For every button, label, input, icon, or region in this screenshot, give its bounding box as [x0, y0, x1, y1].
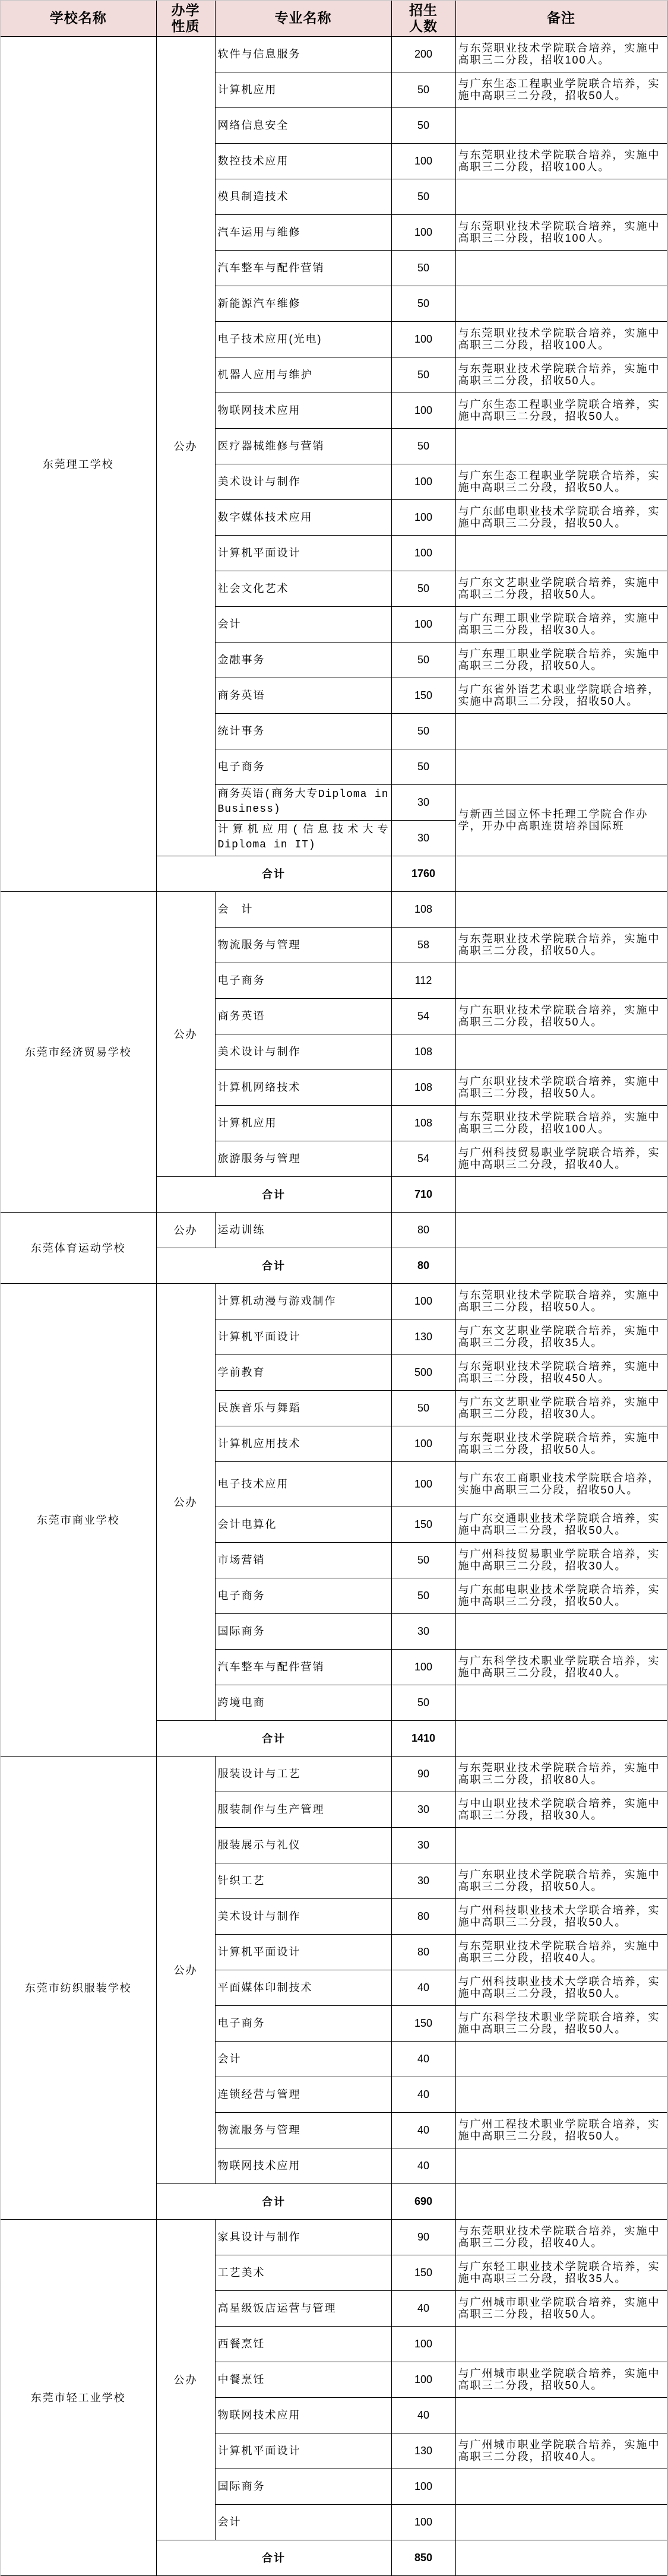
remark-cell: 与广东交通职业技术学院联合培养，实施中高职三二分段，招收50人。: [455, 1507, 667, 1542]
major-name-cell: 计算机应用(信息技术大专Diploma in IT): [215, 820, 391, 856]
remark-cell: 与广东省外语艺术职业学院联合培养，实施中高职三二分段，招收50人。: [455, 678, 667, 713]
enrollment-cell: 40: [391, 2041, 455, 2077]
major-name-cell: 计算机平面设计: [215, 1934, 391, 1970]
major-name-cell: 物联网技术应用: [215, 2397, 391, 2433]
major-name-cell: 服装设计与工艺: [215, 1756, 391, 1792]
remark-cell: 与中山职业技术学院联合培养，实施中高职三二分段，招收30人。: [455, 1792, 667, 1827]
remark-cell: 与东莞职业技术学院联合培养，实施中高职三二分段，招收50人。: [455, 1426, 667, 1461]
enrollment-cell: 100: [391, 2362, 455, 2397]
total-remark-cell: [455, 1176, 667, 1212]
header-enrollment-line-2: 人数: [394, 18, 454, 34]
major-name-cell: 西餐烹饪: [215, 2326, 391, 2362]
major-name-cell: 家具设计与制作: [215, 2219, 391, 2255]
remark-cell: 与东莞职业技术学院联合培养，实施中高职三二分段，招收50人。: [455, 1283, 667, 1319]
total-label-cell: 合计: [156, 2183, 391, 2219]
major-name-cell: 学前教育: [215, 1355, 391, 1390]
remark-cell: [455, 1685, 667, 1720]
enrollment-cell: 108: [391, 891, 455, 927]
enrollment-cell: 100: [391, 535, 455, 571]
major-name-cell: 针织工艺: [215, 1863, 391, 1898]
total-count-cell: 1760: [391, 856, 455, 891]
total-count-cell: 850: [391, 2540, 455, 2575]
enrollment-cell: 100: [391, 1461, 455, 1507]
remark-cell: [455, 963, 667, 998]
major-name-cell: 电子商务: [215, 1578, 391, 1613]
major-name-cell: 中餐烹饪: [215, 2362, 391, 2397]
major-name-cell: 会 计: [215, 891, 391, 927]
remark-cell: [455, 179, 667, 214]
enrollment-cell: 50: [391, 1685, 455, 1720]
total-remark-cell: [455, 1248, 667, 1283]
remark-cell: 与广东轻工职业技术学院联合培养，实施中高职三二分段，招收35人。: [455, 2255, 667, 2290]
enrollment-cell: 100: [391, 2326, 455, 2362]
remark-cell: 与东莞职业技术学院联合培养，实施中高职三二分段，招收50人。: [455, 927, 667, 963]
major-name-cell: 会计: [215, 606, 391, 642]
enrollment-cell: 50: [391, 642, 455, 678]
nature-cell: 公办: [156, 891, 215, 1176]
major-name-cell: 服装制作与生产管理: [215, 1792, 391, 1827]
enrollment-cell: 130: [391, 2433, 455, 2469]
major-name-cell: 统计事务: [215, 713, 391, 749]
remark-cell: [455, 1212, 667, 1248]
header-enrollment-line-1: 招生: [394, 2, 454, 18]
remark-cell: 与东莞职业技术学院联合培养，实施中高职三二分段，招收100人。: [455, 214, 667, 250]
header-school-name: 学校名称: [1, 1, 156, 36]
remark-cell: 与广东科学技术职业学院联合培养，实施中高职三二分段，招收40人。: [455, 1649, 667, 1685]
enrollment-cell: 58: [391, 927, 455, 963]
remark-cell: 与广东文艺职业学院联合培养，实施中高职三二分段，招收30人。: [455, 1390, 667, 1426]
major-name-cell: 金融事务: [215, 642, 391, 678]
major-name-cell: 会计: [215, 2504, 391, 2540]
enrollment-cell: 50: [391, 713, 455, 749]
remark-cell: [455, 749, 667, 784]
enrollment-cell: 100: [391, 2504, 455, 2540]
school-name-cell: 东莞市经济贸易学校: [1, 891, 156, 1212]
major-name-cell: 美术设计与制作: [215, 1034, 391, 1069]
major-name-cell: 工艺美术: [215, 2255, 391, 2290]
enrollment-cell: 40: [391, 2290, 455, 2326]
major-row: 东莞市经济贸易学校 公办 会 计 108: [1, 891, 667, 927]
total-count-cell: 80: [391, 1248, 455, 1283]
enrollment-cell: 30: [391, 1792, 455, 1827]
enrollment-cell: 50: [391, 286, 455, 321]
remark-cell: 与广州城市职业学院联合培养，实施中高职三二分段，招收40人。: [455, 2433, 667, 2469]
major-name-cell: 汽车运用与维修: [215, 214, 391, 250]
major-name-cell: 电子商务: [215, 2005, 391, 2041]
major-name-cell: 国际商务: [215, 2469, 391, 2504]
enrollment-cell: 108: [391, 1069, 455, 1105]
remark-cell: 与广州城市职业学院联合培养，实施中高职三二分段，招收50人。: [455, 2362, 667, 2397]
remark-cell: 与东莞职业技术学院联合培养，实施中高职三二分段，招收450人。: [455, 1355, 667, 1390]
remark-cell: 与广州工程技术职业学院联合培养，实施中高职三二分段，招收50人。: [455, 2112, 667, 2148]
enrollment-table: 学校名称 办学性质 专业名称 招生人数 备注 东莞理工学校 公办 软件与信息服务…: [1, 1, 667, 2576]
major-name-cell: 计算机平面设计: [215, 1319, 391, 1355]
remark-cell: [455, 1827, 667, 1863]
major-name-cell: 民族音乐与舞蹈: [215, 1390, 391, 1426]
remark-cell: 与广东生态工程职业学院联合培养，实施中高职三二分段，招收50人。: [455, 72, 667, 107]
total-label-cell: 合计: [156, 2540, 391, 2575]
nature-cell: 公办: [156, 1756, 215, 2183]
total-remark-cell: [455, 2540, 667, 2575]
enrollment-cell: 130: [391, 1319, 455, 1355]
major-name-cell: 商务英语: [215, 998, 391, 1034]
major-name-cell: 连锁经营与管理: [215, 2077, 391, 2112]
total-label-cell: 合计: [156, 1176, 391, 1212]
major-name-cell: 旅游服务与管理: [215, 1141, 391, 1176]
enrollment-cell: 150: [391, 2255, 455, 2290]
major-name-cell: 美术设计与制作: [215, 464, 391, 499]
remark-cell: [455, 2148, 667, 2183]
remark-cell: 与广东职业技术学院联合培养，实施中高职三二分段，招收50人。: [455, 1863, 667, 1898]
major-row: 东莞市纺织服装学校 公办 服装设计与工艺 90 与东莞职业技术学院联合培养，实施…: [1, 1756, 667, 1792]
major-name-cell: 物联网技术应用: [215, 393, 391, 428]
enrollment-cell: 50: [391, 107, 455, 143]
remark-cell: 与东莞职业技术学院联合培养，实施中高职三二分段，招收80人。: [455, 1756, 667, 1792]
total-remark-cell: [455, 2183, 667, 2219]
enrollment-cell: 50: [391, 749, 455, 784]
school-name-cell: 东莞市轻工业学校: [1, 2219, 156, 2575]
school-name-cell: 东莞市商业学校: [1, 1283, 156, 1756]
remark-cell: 与东莞职业技术学院联合培养，实施中高职三二分段，招收50人。: [455, 357, 667, 393]
major-name-cell: 汽车整车与配件营销: [215, 1649, 391, 1685]
major-name-cell: 机器人应用与维护: [215, 357, 391, 393]
enrollment-cell: 40: [391, 2148, 455, 2183]
remark-cell: [455, 2326, 667, 2362]
enrollment-cell: 100: [391, 464, 455, 499]
school-name-cell: 东莞体育运动学校: [1, 1212, 156, 1283]
major-name-cell: 计算机网络技术: [215, 1069, 391, 1105]
remark-cell: 与广东文艺职业学院联合培养，实施中高职三二分段，招收35人。: [455, 1319, 667, 1355]
header-remark: 备注: [455, 1, 667, 36]
major-name-cell: 商务英语(商务大专Diploma in Business): [215, 784, 391, 820]
major-name-cell: 模具制造技术: [215, 179, 391, 214]
enrollment-cell: 40: [391, 2112, 455, 2148]
major-name-cell: 美术设计与制作: [215, 1898, 391, 1934]
nature-cell: 公办: [156, 36, 215, 856]
enrollment-cell: 40: [391, 2077, 455, 2112]
enrollment-cell: 30: [391, 1863, 455, 1898]
major-name-cell: 物联网技术应用: [215, 2148, 391, 2183]
remark-cell: 与广东邮电职业技术学院联合培养，实施中高职三二分段，招收50人。: [455, 499, 667, 535]
major-name-cell: 高星级饭店运营与管理: [215, 2290, 391, 2326]
total-label-cell: 合计: [156, 856, 391, 891]
remark-cell: 与广东文艺职业学院联合培养，实施中高职三二分段，招收50人。: [455, 571, 667, 606]
enrollment-cell: 30: [391, 820, 455, 856]
major-name-cell: 电子技术应用: [215, 1461, 391, 1507]
total-count-cell: 690: [391, 2183, 455, 2219]
header-nature-line-1: 办学: [159, 2, 213, 18]
enrollment-cell: 50: [391, 357, 455, 393]
major-name-cell: 国际商务: [215, 1613, 391, 1649]
remark-cell: [455, 107, 667, 143]
total-remark-cell: [455, 856, 667, 891]
remark-cell: 与东莞职业技术学院联合培养，实施中高职三二分段，招收100人。: [455, 321, 667, 357]
enrollment-cell: 112: [391, 963, 455, 998]
remark-cell: 与广东生态工程职业学院联合培养，实施中高职三二分段，招收50人。: [455, 464, 667, 499]
remark-cell: [455, 2397, 667, 2433]
school-name-cell: 东莞理工学校: [1, 36, 156, 891]
enrollment-cell: 30: [391, 1613, 455, 1649]
enrollment-cell: 50: [391, 428, 455, 464]
major-row: 东莞市商业学校 公办 计算机动漫与游戏制作 100 与东莞职业技术学院联合培养，…: [1, 1283, 667, 1319]
remark-cell: 与广州科技贸易职业学院联合培养，实施中高职三二分段，招收40人。: [455, 1141, 667, 1176]
enrollment-cell: 100: [391, 1649, 455, 1685]
enrollment-cell: 108: [391, 1034, 455, 1069]
remark-cell: [455, 428, 667, 464]
enrollment-sheet: 学校名称 办学性质 专业名称 招生人数 备注 东莞理工学校 公办 软件与信息服务…: [0, 0, 668, 2576]
total-count-cell: 1410: [391, 1720, 455, 1756]
enrollment-cell: 50: [391, 72, 455, 107]
enrollment-cell: 100: [391, 1426, 455, 1461]
nature-cell: 公办: [156, 2219, 215, 2540]
remark-cell: [455, 535, 667, 571]
remark-cell: [455, 2504, 667, 2540]
enrollment-cell: 80: [391, 1212, 455, 1248]
enrollment-cell: 90: [391, 2219, 455, 2255]
major-name-cell: 市场营销: [215, 1542, 391, 1578]
remark-cell: 与东莞职业技术学院联合培养，实施中高职三二分段，招收100人。: [455, 143, 667, 179]
remark-cell: 与广东理工职业学院联合培养，实施中高职三二分段，招收50人。: [455, 642, 667, 678]
enrollment-cell: 54: [391, 1141, 455, 1176]
enrollment-cell: 30: [391, 784, 455, 820]
remark-cell: 与广州科技贸易职业学院联合培养，实施中高职三二分段，招收30人。: [455, 1542, 667, 1578]
remark-cell: 与广东生态工程职业学院联合培养，实施中高职三二分段，招收50人。: [455, 393, 667, 428]
major-name-cell: 计算机平面设计: [215, 535, 391, 571]
enrollment-cell: 80: [391, 1898, 455, 1934]
major-row: 东莞理工学校 公办 软件与信息服务 200 与东莞职业技术学院联合培养，实施中高…: [1, 36, 667, 72]
enrollment-cell: 150: [391, 2005, 455, 2041]
major-name-cell: 运动训练: [215, 1212, 391, 1248]
major-name-cell: 计算机平面设计: [215, 2433, 391, 2469]
enrollment-cell: 100: [391, 321, 455, 357]
remark-cell: [455, 1034, 667, 1069]
major-name-cell: 计算机应用技术: [215, 1426, 391, 1461]
enrollment-cell: 150: [391, 678, 455, 713]
enrollment-cell: 90: [391, 1756, 455, 1792]
remark-cell: [455, 250, 667, 286]
enrollment-cell: 100: [391, 143, 455, 179]
major-name-cell: 数控技术应用: [215, 143, 391, 179]
enrollment-cell: 50: [391, 1542, 455, 1578]
enrollment-cell: 108: [391, 1105, 455, 1141]
major-name-cell: 平面媒体印制技术: [215, 1970, 391, 2005]
major-name-cell: 计算机应用: [215, 1105, 391, 1141]
remark-cell: 与广东邮电职业技术学院联合培养，实施中高职三二分段，招收50人。: [455, 1578, 667, 1613]
enrollment-cell: 80: [391, 1934, 455, 1970]
major-name-cell: 数字媒体技术应用: [215, 499, 391, 535]
major-name-cell: 新能源汽车维修: [215, 286, 391, 321]
remark-cell: 与广州科技职业技术大学联合培养，实施中高职三二分段，招收50人。: [455, 1898, 667, 1934]
enrollment-cell: 40: [391, 2397, 455, 2433]
major-name-cell: 医疗器械维修与营销: [215, 428, 391, 464]
major-name-cell: 汽车整车与配件营销: [215, 250, 391, 286]
remark-cell: 与东莞职业技术学院联合培养，实施中高职三二分段，招收40人。: [455, 2219, 667, 2255]
enrollment-cell: 50: [391, 250, 455, 286]
major-name-cell: 计算机应用: [215, 72, 391, 107]
header-nature-line-2: 性质: [159, 18, 213, 34]
major-name-cell: 物流服务与管理: [215, 927, 391, 963]
nature-cell: 公办: [156, 1283, 215, 1720]
remark-cell: 与广东科学技术职业学院联合培养，实施中高职三二分段，招收50人。: [455, 2005, 667, 2041]
merged-remark-cell: 与新西兰国立怀卡托理工学院合作办学，开办中高职连贯培养国际班: [455, 784, 667, 856]
remark-cell: [455, 713, 667, 749]
enrollment-cell: 50: [391, 179, 455, 214]
remark-cell: 与广州城市职业学院联合培养，实施中高职三二分段，招收50人。: [455, 2290, 667, 2326]
enrollment-cell: 100: [391, 606, 455, 642]
major-row: 东莞市轻工业学校 公办 家具设计与制作 90 与东莞职业技术学院联合培养，实施中…: [1, 2219, 667, 2255]
enrollment-cell: 50: [391, 571, 455, 606]
remark-cell: [455, 891, 667, 927]
nature-cell: 公办: [156, 1212, 215, 1248]
remark-cell: 与东莞职业技术学院联合培养，实施中高职三二分段，招收100人。: [455, 36, 667, 72]
remark-cell: 与东莞职业技术学院联合培养，实施中高职三二分段，招收40人。: [455, 1934, 667, 1970]
major-name-cell: 网络信息安全: [215, 107, 391, 143]
remark-cell: 与广东农工商职业技术学院联合培养，实施中高职三二分段，招收50人。: [455, 1461, 667, 1507]
enrollment-cell: 30: [391, 1827, 455, 1863]
remark-cell: [455, 286, 667, 321]
header-nature: 办学性质: [156, 1, 215, 36]
enrollment-cell: 100: [391, 499, 455, 535]
enrollment-cell: 100: [391, 393, 455, 428]
remark-cell: [455, 2041, 667, 2077]
enrollment-cell: 200: [391, 36, 455, 72]
total-label-cell: 合计: [156, 1720, 391, 1756]
major-name-cell: 社会文化艺术: [215, 571, 391, 606]
header-row: 学校名称 办学性质 专业名称 招生人数 备注: [1, 1, 667, 36]
remark-cell: 与广州科技职业技术大学联合培养，实施中高职三二分段，招收50人。: [455, 1970, 667, 2005]
remark-cell: [455, 2077, 667, 2112]
major-name-cell: 服装展示与礼仪: [215, 1827, 391, 1863]
total-count-cell: 710: [391, 1176, 455, 1212]
remark-cell: 与东莞职业技术学院联合培养，实施中高职三二分段，招收100人。: [455, 1105, 667, 1141]
enrollment-cell: 54: [391, 998, 455, 1034]
remark-cell: 与广东职业技术学院联合培养，实施中高职三二分段，招收50人。: [455, 998, 667, 1034]
major-name-cell: 跨境电商: [215, 1685, 391, 1720]
enrollment-cell: 500: [391, 1355, 455, 1390]
enrollment-cell: 40: [391, 1970, 455, 2005]
school-name-cell: 东莞市纺织服装学校: [1, 1756, 156, 2219]
major-name-cell: 计算机动漫与游戏制作: [215, 1283, 391, 1319]
major-name-cell: 软件与信息服务: [215, 36, 391, 72]
major-name-cell: 物流服务与管理: [215, 2112, 391, 2148]
major-name-cell: 电子商务: [215, 749, 391, 784]
enrollment-cell: 100: [391, 214, 455, 250]
major-row: 东莞体育运动学校 公办 运动训练 80: [1, 1212, 667, 1248]
enrollment-cell: 150: [391, 1507, 455, 1542]
remark-cell: 与广东职业技术学院联合培养，实施中高职三二分段，招收50人。: [455, 1069, 667, 1105]
total-label-cell: 合计: [156, 1248, 391, 1283]
major-name-cell: 商务英语: [215, 678, 391, 713]
header-enrollment: 招生人数: [391, 1, 455, 36]
enrollment-cell: 100: [391, 2469, 455, 2504]
remark-cell: 与广东理工职业学院联合培养，实施中高职三二分段，招收30人。: [455, 606, 667, 642]
enrollment-cell: 50: [391, 1390, 455, 1426]
enrollment-cell: 50: [391, 1578, 455, 1613]
major-name-cell: 电子商务: [215, 963, 391, 998]
remark-cell: [455, 2469, 667, 2504]
header-major-name: 专业名称: [215, 1, 391, 36]
total-remark-cell: [455, 1720, 667, 1756]
major-name-cell: 会计: [215, 2041, 391, 2077]
major-name-cell: 会计电算化: [215, 1507, 391, 1542]
major-name-cell: 电子技术应用(光电): [215, 321, 391, 357]
remark-cell: [455, 1613, 667, 1649]
enrollment-cell: 100: [391, 1283, 455, 1319]
